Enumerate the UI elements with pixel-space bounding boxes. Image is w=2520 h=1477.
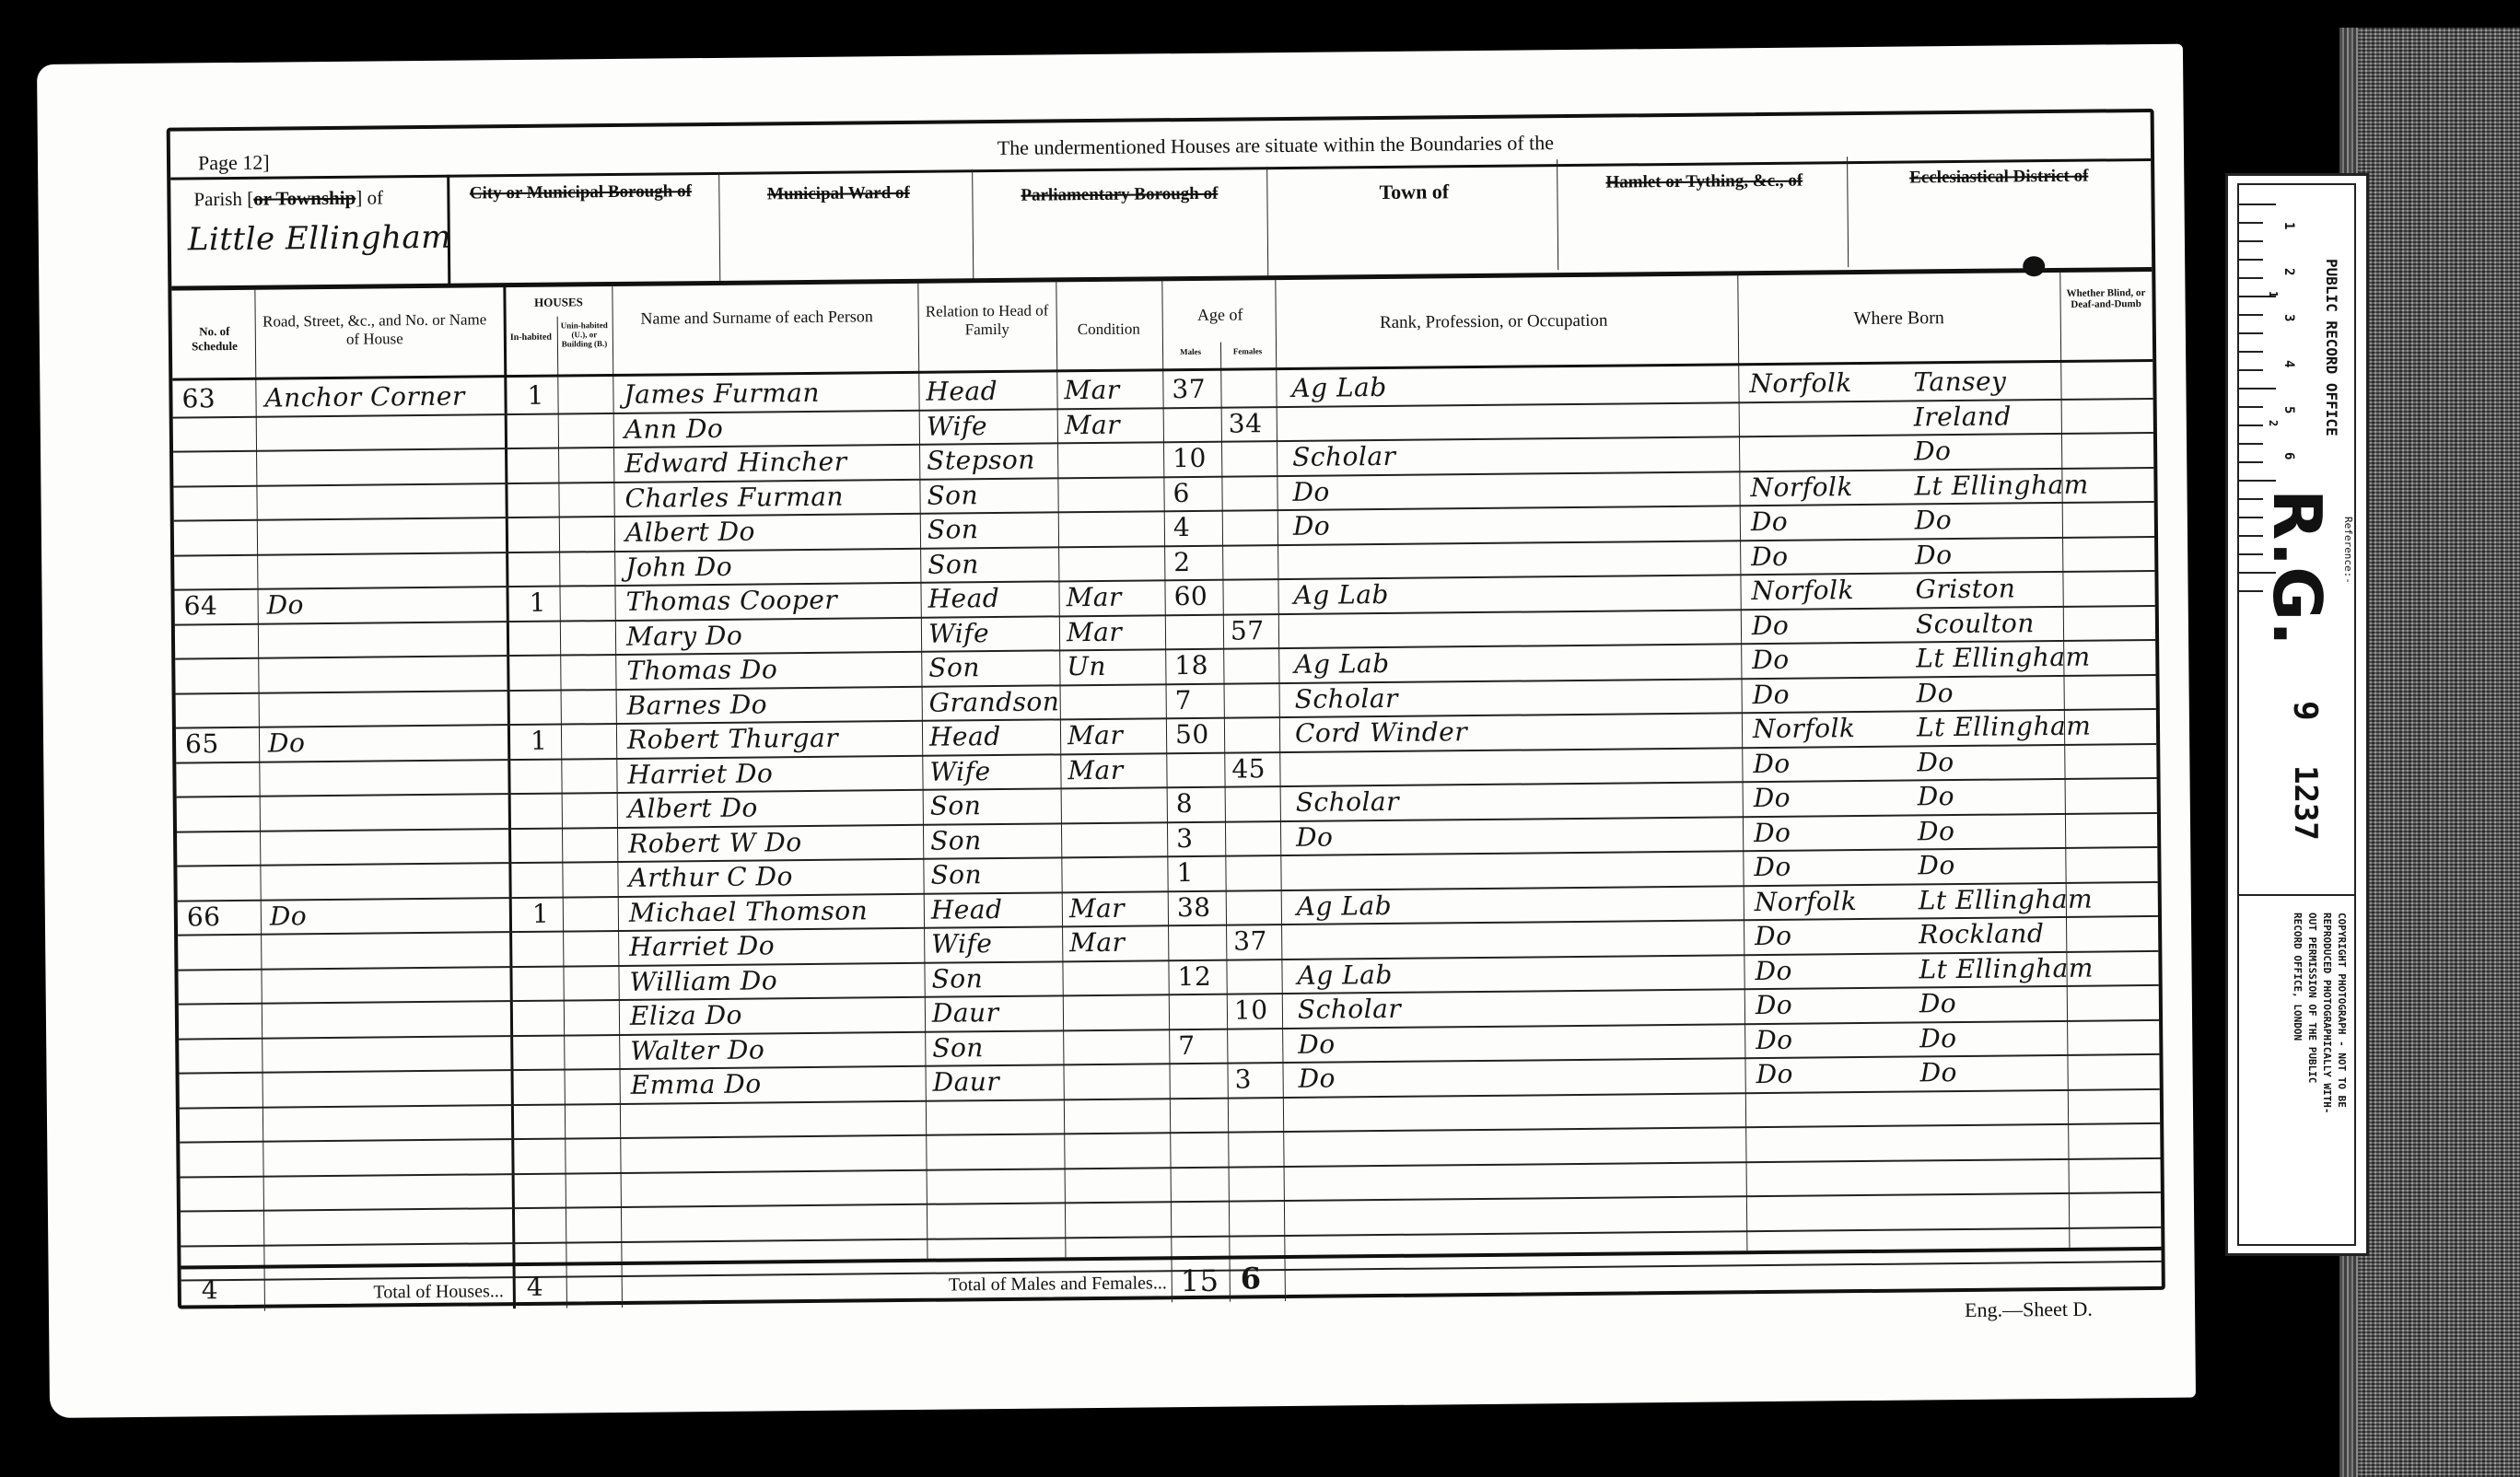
reference-label: Reference:- — [2342, 517, 2354, 584]
marital-condition: Mar — [1066, 582, 1122, 613]
person-name: Harriet Do — [629, 930, 775, 962]
preamble: The undermentioned Houses are situate wi… — [870, 130, 1681, 161]
col-road: Road, Street, &c., and No. or Name of Ho… — [260, 310, 490, 349]
relation-to-head: Son — [932, 1032, 984, 1064]
birth-place: Lt Ellingham — [1919, 952, 2094, 984]
schedule-number: 64 — [183, 590, 217, 621]
inhabited-count: 1 — [527, 380, 544, 411]
marital-condition: Mar — [1067, 754, 1124, 785]
census-sheet: Page 12] The undermentioned Houses are s… — [37, 44, 2196, 1418]
person-name: James Furman — [624, 378, 820, 410]
birth-county: Do — [1751, 506, 1789, 537]
ruler-inch-label: 2 — [2267, 420, 2280, 426]
birth-place: Do — [1916, 678, 1954, 708]
box-municipal-borough: City or Municipal Borough of — [456, 181, 705, 204]
col-females: Females — [1222, 346, 1273, 356]
birth-county: Norfolk — [1750, 471, 1853, 503]
ruler-cm-label: 1 — [2281, 222, 2296, 229]
row-rule — [180, 1053, 2160, 1075]
birth-place: Do — [1919, 988, 1957, 1018]
relation-to-head: Son — [927, 514, 979, 545]
divider — [1847, 157, 1849, 267]
birth-county: Do — [1755, 955, 1792, 985]
copyright-line: OUT PERMISSION OF THE PUBLIC — [2306, 913, 2318, 1083]
person-name: Charles Furman — [624, 481, 844, 513]
relation-to-head: Son — [928, 652, 980, 683]
person-name: William Do — [629, 965, 777, 997]
person-name: Emma Do — [631, 1069, 762, 1100]
marital-condition: Mar — [1069, 892, 1126, 924]
ruler-cm-label: 6 — [2281, 452, 2296, 459]
birth-county: Do — [1753, 748, 1791, 778]
birth-place: Do — [1918, 816, 1955, 846]
ruler-inch-label: 1 — [2267, 291, 2280, 297]
col-males: Males — [1165, 347, 1216, 357]
relation-to-head: Son — [930, 790, 982, 821]
divider — [447, 175, 450, 285]
birth-place: Do — [1917, 747, 1954, 777]
row-rule — [179, 984, 2159, 1006]
female-age: 3 — [1234, 1064, 1252, 1094]
ruler-tick — [2239, 424, 2263, 426]
row-rule — [178, 949, 2158, 971]
marital-condition: Mar — [1067, 720, 1124, 751]
divider — [1266, 167, 1268, 277]
male-age: 12 — [1177, 960, 1211, 991]
birth-county: Do — [1754, 783, 1791, 813]
occupation: Scholar — [1296, 786, 1400, 818]
sheet-label: Eng.—Sheet D. — [1965, 1297, 2093, 1322]
col-where-born: Where Born — [1747, 307, 2051, 331]
row-rule — [177, 811, 2157, 832]
occupation: Ag Lab — [1297, 959, 1393, 990]
box-town: Town of — [1276, 179, 1552, 204]
birth-county: Norfolk — [1755, 886, 1858, 917]
inhabited-count: 1 — [532, 898, 550, 928]
birth-place: Do — [1919, 1023, 1957, 1053]
marital-condition: Mar — [1069, 927, 1126, 959]
scan-edge-texture — [2358, 28, 2520, 1477]
divider — [170, 158, 2151, 180]
row-rule — [175, 604, 2155, 625]
relation-to-head: Son — [927, 549, 979, 580]
relation-to-head: Wife — [929, 756, 991, 787]
birth-county: Do — [1752, 610, 1790, 640]
occupation: Do — [1296, 821, 1334, 852]
birth-county: Do — [1752, 645, 1790, 675]
birth-place: Lt Ellingham — [1917, 711, 2092, 743]
ruler-tick — [2239, 480, 2276, 482]
birth-county: Do — [1751, 541, 1789, 571]
occupation: Scholar — [1295, 682, 1399, 714]
road-name: Do — [266, 589, 304, 620]
person-name: Albert Do — [625, 517, 755, 548]
row-rule — [174, 570, 2154, 591]
female-age: 57 — [1231, 615, 1265, 645]
row-rule — [174, 535, 2154, 556]
ruler-cm-label: 5 — [2281, 406, 2296, 413]
birth-county: Do — [1754, 817, 1791, 847]
ruler-cm-label: 3 — [2281, 314, 2296, 321]
female-age: 34 — [1229, 408, 1263, 438]
road-name: Do — [270, 901, 308, 931]
marital-condition: Un — [1067, 651, 1106, 681]
person-name: Mary Do — [626, 620, 743, 651]
road-name: Do — [268, 727, 306, 758]
relation-to-head: Head — [927, 583, 999, 614]
male-age: 7 — [1178, 1029, 1196, 1060]
occupation: Do — [1298, 1064, 1336, 1094]
schedule-number: 63 — [181, 383, 216, 413]
male-age: 3 — [1176, 822, 1194, 853]
row-rule — [181, 1157, 2161, 1178]
row-rule — [177, 777, 2157, 798]
divider — [2239, 894, 2354, 896]
pro-reference-ruler: PUBLIC RECORD OFFICE 12345612 Reference:… — [2225, 173, 2369, 1256]
row-rule — [174, 501, 2154, 522]
copyright-line: RECORD OFFICE, LONDON — [2292, 913, 2304, 1041]
person-name: Eliza Do — [630, 1000, 742, 1031]
person-name: Thomas Do — [626, 654, 777, 686]
birth-place: Lt Ellingham — [1916, 642, 2091, 674]
person-name: Arthur C Do — [628, 861, 793, 893]
row-rule — [176, 673, 2156, 694]
female-age: 45 — [1231, 753, 1266, 784]
birth-place: Do — [1914, 436, 1952, 466]
col-inhabited: In-habited — [506, 332, 556, 343]
birth-place: Do — [1918, 781, 1955, 811]
total-houses-label: Total of Houses... — [292, 1281, 504, 1304]
occupation: Ag Lab — [1294, 648, 1390, 680]
inhabited-count: 1 — [529, 587, 546, 618]
female-age: 10 — [1234, 994, 1268, 1025]
occupation: Scholar — [1298, 994, 1402, 1025]
divider — [972, 169, 974, 280]
relation-to-head: Head — [926, 376, 997, 407]
male-age: 50 — [1175, 719, 1209, 750]
person-name: Michael Thomson — [629, 895, 869, 927]
row-rule — [178, 880, 2158, 901]
relation-to-head: Wife — [931, 928, 993, 959]
female-age: 37 — [1233, 925, 1267, 956]
row-rule — [181, 1226, 2161, 1247]
row-rule — [176, 708, 2156, 729]
box-municipal-ward: Municipal Ward of — [723, 182, 953, 204]
ruler-tick — [2239, 369, 2263, 371]
inhabited-count: 1 — [531, 726, 548, 756]
ruler-tick — [2239, 204, 2276, 205]
ruler-tick — [2239, 388, 2276, 390]
relation-to-head: Wife — [928, 618, 990, 649]
ruler-tick — [2239, 314, 2263, 316]
box-parliamentary-borough: Parliamentary Borough of — [981, 183, 1257, 206]
copyright-line: COPYRIGHT PHOTOGRAPH - NOT TO BE — [2336, 913, 2348, 1108]
male-age: 6 — [1172, 478, 1190, 508]
row-rule — [180, 1087, 2160, 1109]
person-name: Robert Thurgar — [627, 723, 838, 755]
ruler-tick — [2239, 222, 2263, 224]
ruler-tick — [2239, 259, 2263, 261]
piece-number: 9 — [2286, 701, 2324, 721]
parish-value: Little Ellingham — [188, 219, 451, 259]
birth-place: Do — [1918, 850, 1955, 880]
row-rule — [179, 1018, 2159, 1040]
birth-county: Do — [1756, 990, 1793, 1020]
col-occupation: Rank, Profession, or Occupation — [1287, 310, 1701, 334]
birth-county: Do — [1755, 921, 1792, 951]
page-number: Page 12] — [198, 151, 270, 175]
col-relation: Relation to Head of Family — [923, 301, 1052, 339]
row-rule — [173, 397, 2153, 418]
col-uninhabited: Unin-habited (U.), or Building (B.) — [559, 320, 610, 349]
ruler-tick — [2239, 406, 2263, 408]
row-rule — [177, 846, 2157, 867]
person-name: Harriet Do — [627, 758, 773, 790]
ruler-tick — [2239, 351, 2263, 353]
relation-to-head: Son — [930, 825, 982, 856]
male-age: 1 — [1176, 857, 1194, 888]
relation-to-head: Grandson — [929, 686, 1060, 717]
divider — [1557, 159, 1558, 270]
col-age: Age of — [1165, 305, 1276, 325]
male-age: 10 — [1172, 443, 1207, 473]
birth-county: Norfolk — [1751, 575, 1854, 606]
person-name: John Do — [625, 551, 732, 582]
col-blind-deaf: Whether Blind, or Deaf-and-Dumb — [2064, 287, 2147, 310]
marital-condition: Mar — [1067, 616, 1123, 647]
box-hamlet: Hamlet or Tything, &c., of — [1566, 170, 1842, 193]
ruler-tick — [2239, 240, 2263, 242]
birth-place: Scoulton — [1916, 608, 2035, 639]
relation-to-head: Head — [931, 893, 1003, 925]
birth-place: Do — [1919, 1057, 1957, 1087]
male-age: 2 — [1173, 547, 1191, 577]
ink-blot — [2023, 256, 2045, 276]
birth-place: Lt Ellingham — [1914, 469, 2089, 501]
relation-to-head: Son — [927, 480, 978, 511]
occupation: Do — [1293, 511, 1331, 541]
male-age: 4 — [1173, 512, 1191, 542]
birth-county: Do — [1756, 1059, 1793, 1089]
birth-place: Do — [1915, 540, 1953, 570]
person-name: Ann Do — [624, 413, 724, 444]
relation-to-head: Stepson — [927, 445, 1035, 476]
occupation: Do — [1292, 476, 1330, 506]
ruler-tick — [2239, 332, 2263, 334]
col-schedule: No. of Schedule — [178, 324, 251, 355]
total-males: 15 — [1181, 1263, 1219, 1298]
person-name: Walter Do — [630, 1034, 764, 1065]
marital-condition: Mar — [1064, 375, 1120, 406]
person-name: Edward Hincher — [624, 447, 847, 479]
road-name: Anchor Corner — [264, 381, 465, 413]
male-age: 38 — [1177, 891, 1211, 922]
birth-place: Do — [1915, 505, 1953, 535]
birth-county: Do — [1756, 1024, 1793, 1054]
box-ecclesiastical-district: Ecclesiastical District of — [1856, 166, 2141, 189]
schedule-number: 66 — [187, 901, 221, 932]
col-houses: HOUSES — [507, 295, 609, 310]
birth-place: Griston — [1915, 573, 2015, 604]
birth-place: Tansey — [1913, 366, 2006, 397]
occupation: Cord Winder — [1295, 716, 1467, 749]
male-age: 18 — [1174, 650, 1208, 680]
birth-county: Norfolk — [1749, 367, 1852, 399]
total-females: 6 — [1241, 1261, 1262, 1296]
series-code: R.G. — [2258, 489, 2336, 646]
parish-label: Parish [or Township] of — [193, 186, 383, 210]
copyright-line: REPRODUCED PHOTOGRAPHICALLY WITH- — [2321, 913, 2333, 1114]
relation-to-head: Daur — [932, 1066, 999, 1098]
ruler-tick — [2239, 443, 2263, 445]
row-rule — [181, 1192, 2161, 1213]
folio-number: 1237 — [2287, 765, 2324, 841]
male-age: 7 — [1175, 684, 1193, 715]
ruler-title: PUBLIC RECORD OFFICE — [2323, 259, 2340, 436]
relation-to-head: Head — [929, 721, 1001, 752]
total-houses: 4 — [527, 1272, 544, 1302]
person-name: Thomas Cooper — [625, 585, 837, 617]
row-rule — [173, 466, 2153, 487]
person-name: Barnes Do — [627, 689, 768, 720]
birth-county: Norfolk — [1753, 713, 1856, 744]
schedule-number: 65 — [185, 728, 219, 759]
census-rows: 63Anchor Corner1James FurmanHeadMar37Ag … — [172, 363, 2161, 1266]
marital-condition: Mar — [1065, 409, 1121, 440]
col-condition: Condition — [1058, 320, 1160, 339]
person-name: Robert W Do — [628, 827, 802, 859]
relation-to-head: Wife — [927, 411, 988, 442]
male-age: 37 — [1172, 374, 1206, 404]
ruler-tick — [2239, 277, 2263, 279]
occupation: Ag Lab — [1291, 372, 1387, 403]
col-name: Name and Surname of each Person — [619, 307, 895, 329]
occupation: Ag Lab — [1297, 890, 1393, 921]
ruler-cm-label: 2 — [2281, 268, 2296, 275]
birth-place: Rockland — [1919, 918, 2045, 949]
person-name: Albert Do — [628, 793, 758, 824]
birth-county: Do — [1754, 852, 1791, 882]
row-rule — [176, 742, 2156, 763]
occupation: Do — [1298, 1029, 1336, 1059]
row-rule — [178, 915, 2158, 936]
row-rule — [175, 639, 2155, 660]
birth-place: Lt Ellingham — [1919, 883, 2094, 915]
birth-county: Do — [1752, 679, 1790, 709]
occupation: Scholar — [1292, 441, 1396, 472]
ruler-cm-label: 4 — [2281, 360, 2296, 367]
ruler-tick — [2239, 461, 2263, 463]
divider — [718, 172, 720, 283]
ruler-inner: PUBLIC RECORD OFFICE 12345612 Reference:… — [2237, 183, 2356, 1246]
row-rule — [173, 432, 2153, 453]
total-schedules: 4 — [202, 1274, 219, 1305]
total-persons-label: Total of Males and Females... — [826, 1273, 1167, 1297]
relation-to-head: Son — [930, 859, 982, 890]
male-age: 8 — [1176, 788, 1194, 819]
birth-place: Ireland — [1914, 401, 2012, 432]
row-rule — [180, 1122, 2160, 1144]
occupation: Ag Lab — [1293, 579, 1389, 611]
male-age: 60 — [1173, 581, 1207, 611]
relation-to-head: Son — [931, 963, 983, 994]
census-form-frame: Page 12] The undermentioned Houses are s… — [167, 109, 2165, 1309]
relation-to-head: Daur — [932, 997, 999, 1029]
